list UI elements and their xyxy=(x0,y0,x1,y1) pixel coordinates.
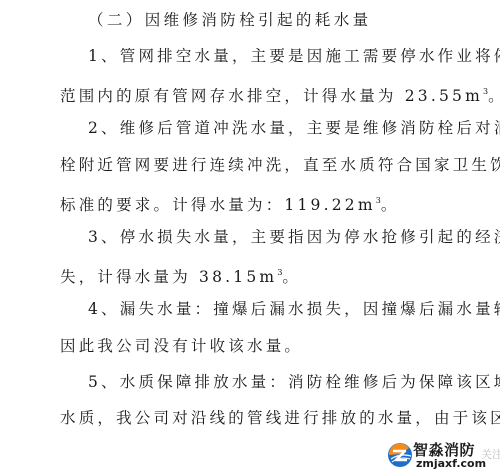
watermark-url: zmjaxf.com xyxy=(416,457,486,470)
watermark: 智淼消防 zmjaxf.com 关注 xyxy=(382,438,500,474)
watermark-follow: 关注 xyxy=(481,446,500,462)
document-remaining-lines-2 xyxy=(0,0,500,474)
zm-logo-icon xyxy=(387,442,413,468)
